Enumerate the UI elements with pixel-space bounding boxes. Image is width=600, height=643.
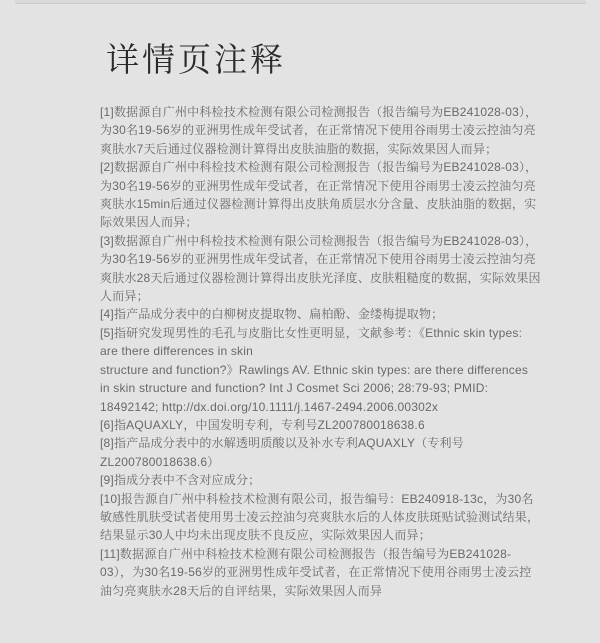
note-paragraph: [9]指成分表中不含对应成分； [100, 471, 541, 489]
top-divider [15, 0, 586, 4]
note-paragraph: [4]指产品成分表中的白柳树皮提取物、扁柏酚、金缕梅提取物； [100, 305, 541, 323]
note-paragraph: [1]数据源自广州中科检技术检测有限公司检测报告（报告编号为EB241028-0… [100, 103, 541, 158]
note-paragraph: [10]报告源自广州中科检技术检测有限公司，报告编号：EB240918-13c，… [100, 490, 541, 545]
note-paragraph: structure and function?》Rawlings AV. Eth… [100, 361, 541, 416]
note-paragraph: [8]指产品成分表中的水解透明质酸以及补水专利AQUAXLY（专利号ZL2007… [100, 434, 541, 471]
note-paragraph: [5]指研究发现男性的毛孔与皮脂比女性更明显，文献参考：《Ethnic skin… [100, 324, 541, 361]
detail-annotations-page: 详情页注释 [1]数据源自广州中科检技术检测有限公司检测报告（报告编号为EB24… [0, 0, 600, 643]
note-paragraph: [3]数据源自广州中科检技术检测有限公司检测报告（报告编号为EB241028-0… [100, 232, 541, 306]
notes-list: [1]数据源自广州中科检技术检测有限公司检测报告（报告编号为EB241028-0… [100, 103, 541, 600]
note-paragraph: [6]指AQUAXLY，中国发明专利，专利号ZL200780018638.6 [100, 416, 541, 434]
note-paragraph: [2]数据源自广州中科检技术检测有限公司检测报告（报告编号为EB241028-0… [100, 158, 541, 232]
note-paragraph: [11]数据源自广州中科检技术检测有限公司检测报告（报告编号为EB241028-… [100, 545, 541, 600]
page-title: 详情页注释 [106, 34, 286, 81]
